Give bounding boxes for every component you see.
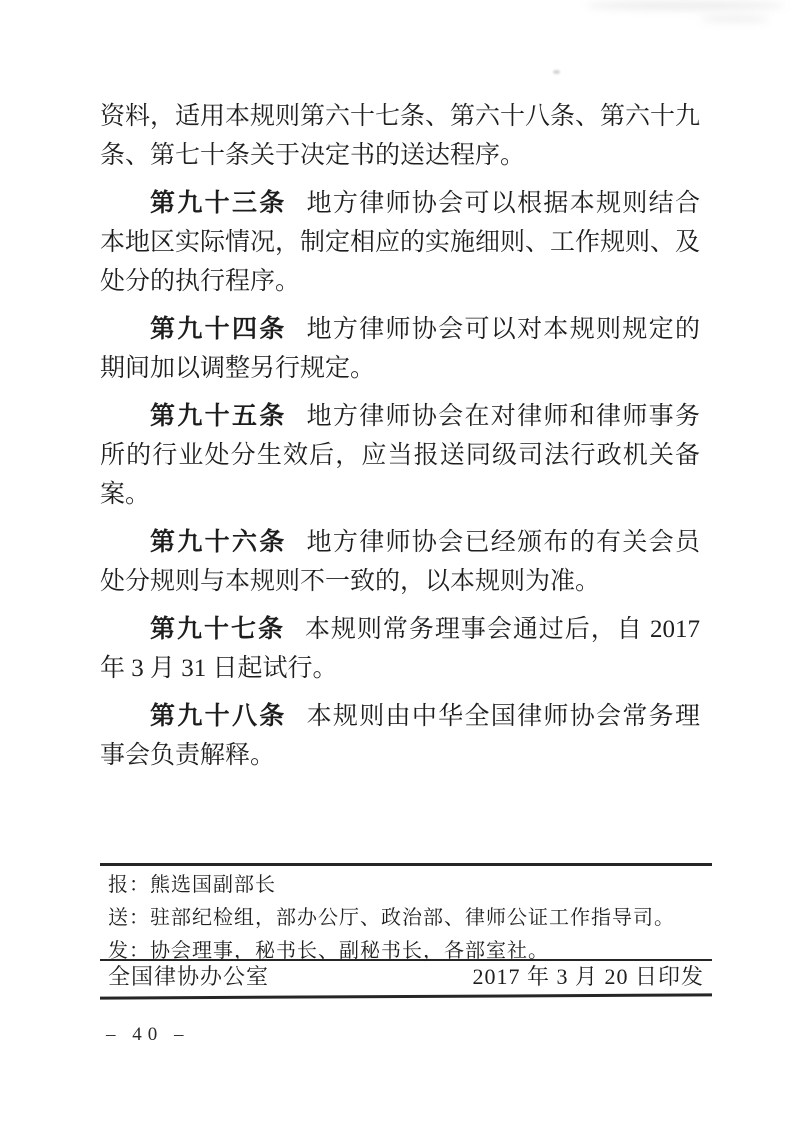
footer-divider-top <box>100 863 712 866</box>
article-number: 第九十三条 <box>150 190 287 217</box>
distribution-label: 送： <box>108 907 150 929</box>
paragraph-article-95: 第九十五条地方律师协会在对律师和律师事务所的行业处分生效后，应当报送同级司法行政… <box>100 397 700 514</box>
scan-artifact <box>700 16 770 22</box>
paragraph-article-93: 第九十三条地方律师协会可以根据本规则结合本地区实际情况，制定相应的实施细则、工作… <box>100 184 700 301</box>
distribution-line-song: 送：驻部纪检组，部办公厅、政治部、律师公证工作指导司。 <box>108 902 708 935</box>
footer-divider-middle <box>100 959 712 961</box>
page-number: – 40 – <box>106 1024 190 1046</box>
distribution-text: 驻部纪检组，部办公厅、政治部、律师公证工作指导司。 <box>150 907 675 929</box>
paragraph-article-96: 第九十六条地方律师协会已经颁布的有关会员处分规则与本规则不一致的，以本规则为准。 <box>100 523 700 601</box>
print-date: 2017 年 3 月 20 日印发 <box>472 963 704 991</box>
paragraph-continuation: 资料，适用本规则第六十七条、第六十八条、第六十九条、第七十条关于决定书的送达程序… <box>100 97 700 175</box>
paragraph-article-94: 第九十四条地方律师协会可以对本规则规定的期间加以调整另行规定。 <box>100 310 700 388</box>
article-number: 第九十六条 <box>150 529 287 556</box>
paragraph-article-97: 第九十七条本规则常务理事会通过后，自 2017 年 3 月 31 日起试行。 <box>100 610 700 688</box>
paragraph-article-98: 第九十八条本规则由中华全国律师协会常务理事会负责解释。 <box>100 697 700 775</box>
article-number: 第九十四条 <box>150 316 287 343</box>
distribution-line-bao: 报：熊选国副部长 <box>108 869 708 902</box>
footer-divider-bottom <box>100 993 712 999</box>
distribution-block: 报：熊选国副部长 送：驻部纪检组，部办公厅、政治部、律师公证工作指导司。 发：协… <box>108 869 708 968</box>
article-number: 第九十五条 <box>150 403 287 430</box>
distribution-text: 熊选国副部长 <box>150 874 276 896</box>
scan-artifact <box>585 1 785 10</box>
article-number: 第九十八条 <box>150 703 287 730</box>
issuing-office: 全国律协办公室 <box>108 963 269 991</box>
document-page: 资料，适用本规则第六十七条、第六十八条、第六十九条、第七十条关于决定书的送达程序… <box>0 0 800 1131</box>
article-number: 第九十七条 <box>150 616 285 643</box>
document-body: 资料，适用本规则第六十七条、第六十八条、第六十九条、第七十条关于决定书的送达程序… <box>100 97 700 784</box>
distribution-label: 报： <box>108 874 150 896</box>
issue-line: 全国律协办公室 2017 年 3 月 20 日印发 <box>108 963 704 991</box>
paragraph-text: 资料，适用本规则第六十七条、第六十八条、第六十九条、第七十条关于决定书的送达程序… <box>100 103 700 169</box>
scan-artifact <box>553 70 560 74</box>
